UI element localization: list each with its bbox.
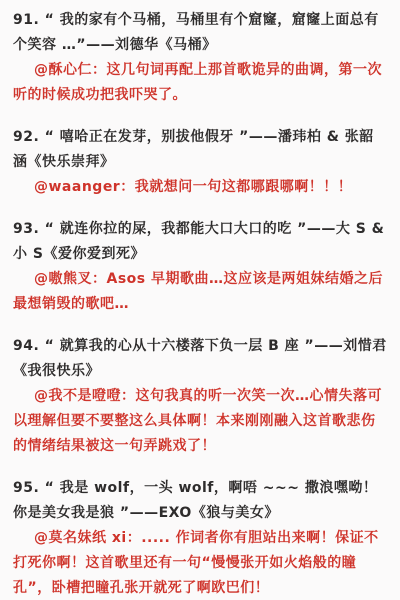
lyric-comment: @嗷熊叉：Asos 早期歌曲…这应该是两姐妹结婚之后最想销毁的歌吧…: [13, 267, 387, 317]
lyric-quote: 91. “ 我的家有个马桶，马桶里有个窟窿，窟窿上面总有个笑容 …”——刘德华《…: [13, 8, 387, 58]
lyric-quote: 93. “ 就连你拉的屎，我都能大口大口的吃 ”——大 S & 小 S《爱你爱到…: [13, 217, 387, 267]
lyric-quote: 94. “ 就算我的心从十六楼落下负一层 B 座 ”——刘惜君《我很快乐》: [13, 334, 387, 384]
lyric-entry-92: 92. “ 嘻哈正在发芽，别拔他假牙 ”——潘玮柏 & 张韶涵《快乐崇拜》 @w…: [13, 125, 387, 200]
lyric-entry-93: 93. “ 就连你拉的屎，我都能大口大口的吃 ”——大 S & 小 S《爱你爱到…: [13, 217, 387, 317]
lyric-entry-95: 95. “ 我是 wolf，一头 wolf，啊唔 ~~~ 撒浪嘿呦！你是美女我是…: [13, 476, 387, 600]
lyric-quote: 92. “ 嘻哈正在发芽，别拔他假牙 ”——潘玮柏 & 张韶涵《快乐崇拜》: [13, 125, 387, 175]
lyric-comment: @waanger：我就想问一句这都哪跟哪啊！！！: [13, 175, 387, 200]
lyrics-list-page: 91. “ 我的家有个马桶，马桶里有个窟窿，窟窿上面总有个笑容 …”——刘德华《…: [0, 0, 400, 600]
lyric-comment: @酥心仁：这几句词再配上那首歌诡异的曲调，第一次听的时候成功把我吓哭了。: [13, 58, 387, 108]
lyric-comment: @我不是噔噔：这句我真的听一次笑一次…心情失落可以理解但要不要整这么具体啊！本来…: [13, 384, 387, 459]
lyric-entry-91: 91. “ 我的家有个马桶，马桶里有个窟窿，窟窿上面总有个笑容 …”——刘德华《…: [13, 8, 387, 108]
lyric-entry-94: 94. “ 就算我的心从十六楼落下负一层 B 座 ”——刘惜君《我很快乐》 @我…: [13, 334, 387, 459]
lyric-comment: @莫名妹纸 xi：..... 作词者你有胆站出来啊！保证不打死你啊！这首歌里还有…: [13, 526, 387, 600]
lyric-quote: 95. “ 我是 wolf，一头 wolf，啊唔 ~~~ 撒浪嘿呦！你是美女我是…: [13, 476, 387, 526]
